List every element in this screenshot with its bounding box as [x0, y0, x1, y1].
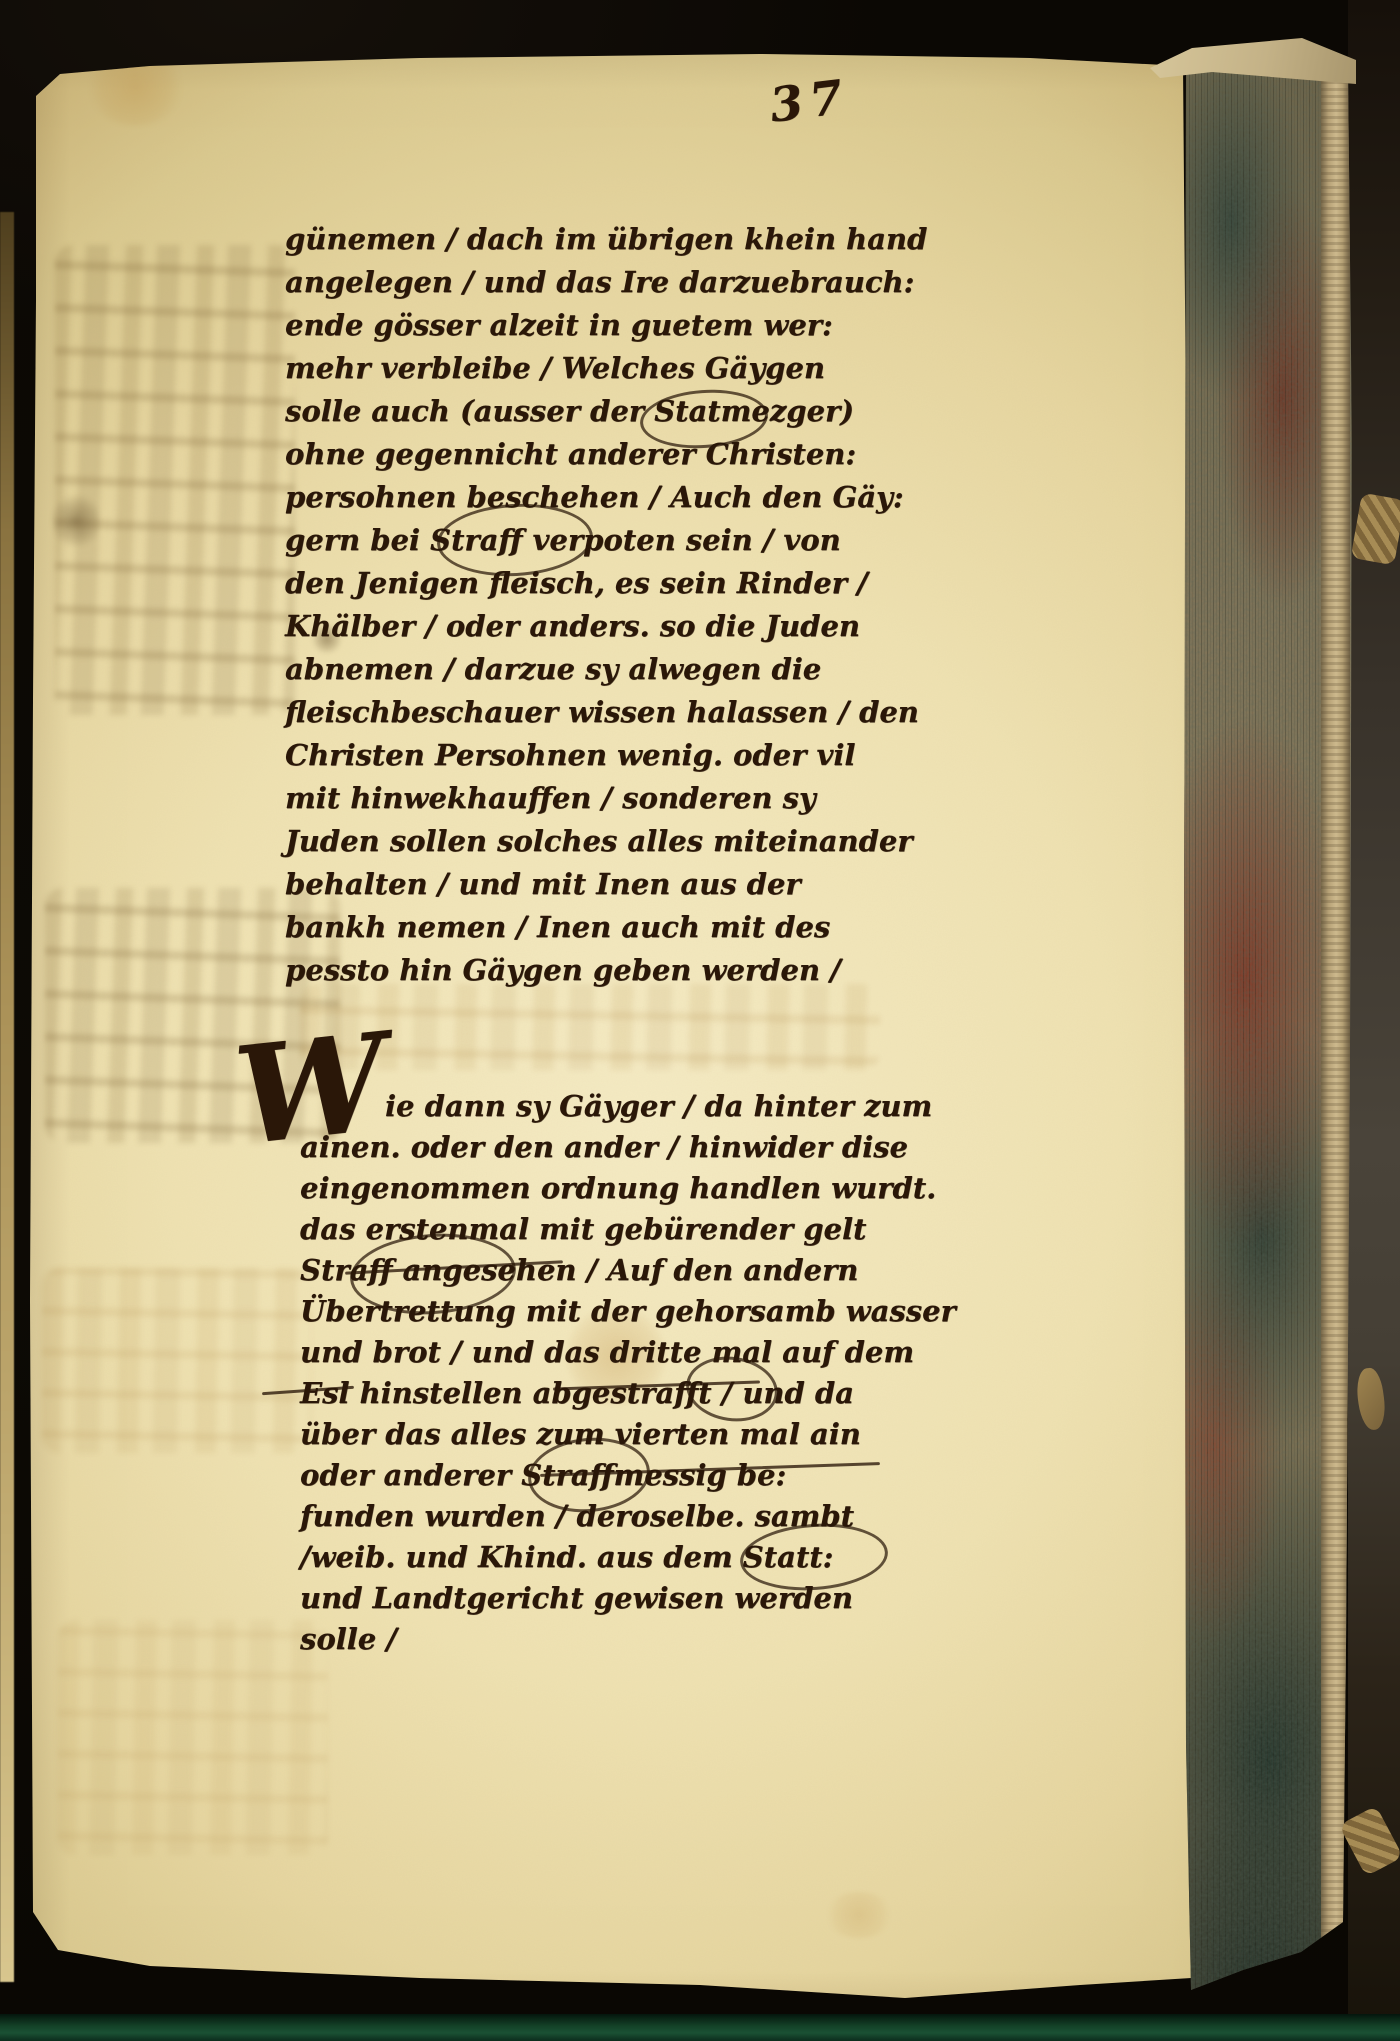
manuscript-line: solle auch (ausser der Statmezger)	[285, 390, 927, 433]
fore-edge-page-leaves	[1321, 54, 1350, 1960]
manuscript-line: ainen. oder den ander / hinwider dise	[300, 1127, 956, 1168]
manuscript-line: und brot / und das dritte mal auf dem	[300, 1332, 956, 1373]
manuscript-line: Esl hinstellen abgestrafft / und da	[300, 1373, 956, 1414]
manuscript-photo: 37 günemen / dach im übrigen khein hand …	[0, 0, 1400, 2041]
manuscript-line: ohne gegennicht anderer Christen:	[285, 433, 927, 476]
manuscript-line: Khälber / oder anders. so die Juden	[285, 605, 927, 648]
manuscript-line: abnemen / darzue sy alwegen die	[285, 648, 927, 691]
stain-bottom-right	[824, 1892, 894, 1938]
paragraph-1: günemen / dach im übrigen khein hand ang…	[285, 218, 927, 992]
ink-bleedthrough-bottom-left	[58, 1620, 328, 1855]
table-surface-strip	[0, 2014, 1400, 2041]
manuscript-line: persohnen beschehen / Auch den Gäy:	[285, 476, 927, 519]
left-book-edge	[0, 212, 14, 1982]
page-number: 37	[767, 69, 853, 133]
stain-top-left	[88, 48, 183, 126]
ink-bleedthrough-paragraph-gap	[300, 984, 880, 1070]
manuscript-line: pessto hin Gäygen geben werden /	[285, 949, 927, 992]
manuscript-line: ie dann sy Gäyger / da hinter zum	[385, 1086, 956, 1127]
manuscript-line: solle /	[300, 1619, 956, 1660]
ink-bleedthrough-lower-left	[42, 1268, 312, 1453]
manuscript-line: fleischbeschauer wissen halassen / den	[285, 691, 927, 734]
ink-smudge-left-edge	[52, 492, 100, 550]
manuscript-line: eingenommen ordnung handlen wurdt.	[300, 1168, 956, 1209]
manuscript-line: gern bei Straff verpoten sein / von	[285, 519, 927, 562]
manuscript-line: angelegen / und das Ire darzuebrauch:	[285, 261, 927, 304]
book-fore-edge	[1183, 46, 1355, 1994]
manuscript-line: Juden sollen solches alles miteinander	[285, 820, 927, 863]
manuscript-line: günemen / dach im übrigen khein hand	[285, 218, 927, 261]
manuscript-line: mit hinwekhauffen / sonderen sy	[285, 777, 927, 820]
manuscript-line: den Jenigen fleisch, es sein Rinder /	[285, 562, 927, 605]
manuscript-line: behalten / und mit Inen aus der	[285, 863, 927, 906]
manuscript-line: mehr verbleibe / Welches Gäygen	[285, 347, 927, 390]
manuscript-line: Christen Persohnen wenig. oder vil	[285, 734, 927, 777]
manuscript-line: und Landtgericht gewisen werden	[300, 1578, 956, 1619]
manuscript-line: ende gösser alzeit in guetem wer:	[285, 304, 927, 347]
ink-bleedthrough-upper-left	[55, 245, 295, 715]
background-right	[1348, 0, 1400, 2041]
manuscript-line: bankh nemen / Inen auch mit des	[285, 906, 927, 949]
